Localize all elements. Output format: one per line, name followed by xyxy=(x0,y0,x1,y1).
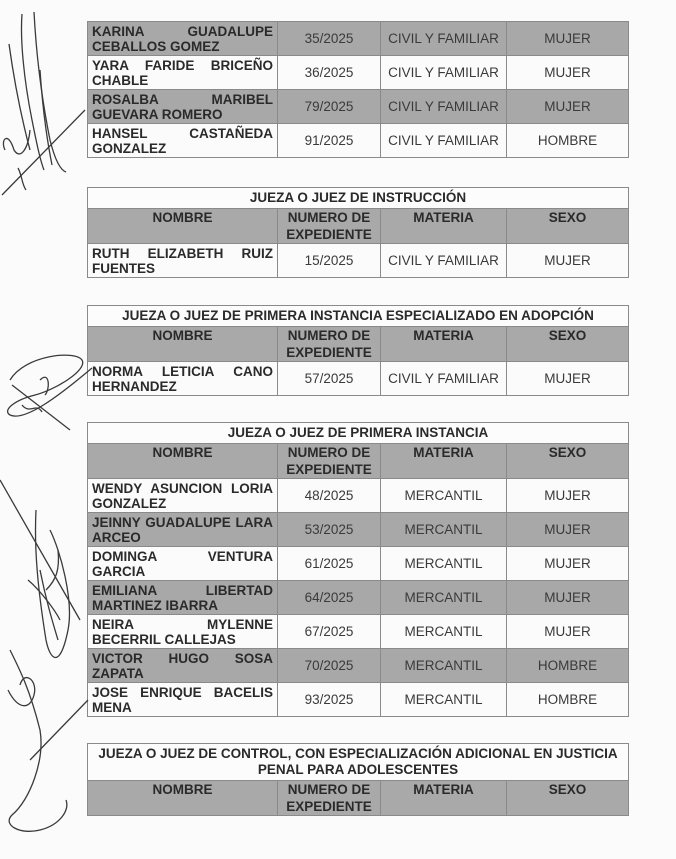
column-header-sexo: SEXO xyxy=(507,781,629,816)
cell-sexo: HOMBRE xyxy=(507,683,629,717)
cell-materia: MERCANTIL xyxy=(381,615,507,649)
table-row: JOSE ENRIQUE BACELIS MENA93/2025MERCANTI… xyxy=(88,683,629,717)
table-row: VICTOR HUGO SOSA ZAPATA70/2025MERCANTILH… xyxy=(88,649,629,683)
column-header-expediente: NUMERO DE EXPEDIENTE xyxy=(278,781,381,816)
cell-materia: MERCANTIL xyxy=(381,581,507,615)
column-header-expediente: NUMERO DE EXPEDIENTE xyxy=(278,209,381,244)
cell-nombre: YARA FARIDE BRICEÑO CHABLE xyxy=(88,56,278,90)
cell-materia: CIVIL Y FAMILIAR xyxy=(381,124,507,158)
cell-materia: MERCANTIL xyxy=(381,683,507,717)
section-title: JUEZA O JUEZ DE CONTROL, CON ESPECIALIZA… xyxy=(88,744,629,781)
cell-materia: CIVIL Y FAMILIAR xyxy=(381,56,507,90)
cell-nombre: KARINA GUADALUPE CEBALLOS GOMEZ xyxy=(88,22,278,56)
cell-expediente: 79/2025 xyxy=(278,90,381,124)
column-header-materia: MATERIA xyxy=(381,781,507,816)
cell-expediente: 67/2025 xyxy=(278,615,381,649)
table-row: HANSEL CASTAÑEDA GONZALEZ91/2025CIVIL Y … xyxy=(88,124,629,158)
cell-materia: CIVIL Y FAMILIAR xyxy=(381,362,507,396)
table-row: JEINNY GUADALUPE LARA ARCEO53/2025MERCAN… xyxy=(88,513,629,547)
cell-nombre: DOMINGA VENTURA GARCIA xyxy=(88,547,278,581)
cell-sexo: MUJER xyxy=(507,244,629,278)
cell-sexo: MUJER xyxy=(507,22,629,56)
cell-sexo: MUJER xyxy=(507,513,629,547)
table-row: WENDY ASUNCION LORIA GONZALEZ48/2025MERC… xyxy=(88,479,629,513)
cell-sexo: MUJER xyxy=(507,581,629,615)
cell-nombre: HANSEL CASTAÑEDA GONZALEZ xyxy=(88,124,278,158)
cell-nombre: JOSE ENRIQUE BACELIS MENA xyxy=(88,683,278,717)
cell-nombre: ROSALBA MARIBEL GUEVARA ROMERO xyxy=(88,90,278,124)
cell-expediente: 61/2025 xyxy=(278,547,381,581)
cell-expediente: 70/2025 xyxy=(278,649,381,683)
cell-expediente: 64/2025 xyxy=(278,581,381,615)
cell-nombre: NEIRA MYLENNE BECERRIL CALLEJAS xyxy=(88,615,278,649)
cell-sexo: MUJER xyxy=(507,615,629,649)
signature-3-icon xyxy=(0,470,95,850)
cell-materia: MERCANTIL xyxy=(381,479,507,513)
header-row: NOMBRENUMERO DE EXPEDIENTEMATERIASEXO xyxy=(88,781,629,816)
cell-sexo: MUJER xyxy=(507,479,629,513)
section-title-row: JUEZA O JUEZ DE PRIMERA INSTANCIA ESPECI… xyxy=(88,306,629,327)
cell-materia: CIVIL Y FAMILIAR xyxy=(381,90,507,124)
header-row: NOMBRENUMERO DE EXPEDIENTEMATERIASEXO xyxy=(88,444,629,479)
cell-sexo: MUJER xyxy=(507,547,629,581)
cell-expediente: 36/2025 xyxy=(278,56,381,90)
column-header-expediente: NUMERO DE EXPEDIENTE xyxy=(278,444,381,479)
cell-nombre: RUTH ELIZABETH RUIZ FUENTES xyxy=(88,244,278,278)
column-header-nombre: NOMBRE xyxy=(88,209,278,244)
column-header-sexo: SEXO xyxy=(507,209,629,244)
table-row: RUTH ELIZABETH RUIZ FUENTES15/2025CIVIL … xyxy=(88,244,629,278)
cell-materia: MERCANTIL xyxy=(381,547,507,581)
section-title-row: JUEZA O JUEZ DE INSTRUCCIÓN xyxy=(88,188,629,209)
section-title: JUEZA O JUEZ DE PRIMERA INSTANCIA xyxy=(88,423,629,444)
table-row: ROSALBA MARIBEL GUEVARA ROMERO79/2025CIV… xyxy=(88,90,629,124)
table-continuation: KARINA GUADALUPE CEBALLOS GOMEZ35/2025CI… xyxy=(87,21,629,158)
table-jueza-adopcion: JUEZA O JUEZ DE PRIMERA INSTANCIA ESPECI… xyxy=(87,305,629,396)
table-jueza-control-adolescentes: JUEZA O JUEZ DE CONTROL, CON ESPECIALIZA… xyxy=(87,743,629,816)
cell-materia: MERCANTIL xyxy=(381,513,507,547)
header-row: NOMBRENUMERO DE EXPEDIENTEMATERIASEXO xyxy=(88,209,629,244)
column-header-nombre: NOMBRE xyxy=(88,327,278,362)
column-header-materia: MATERIA xyxy=(381,327,507,362)
cell-sexo: HOMBRE xyxy=(507,124,629,158)
section-title-row: JUEZA O JUEZ DE CONTROL, CON ESPECIALIZA… xyxy=(88,744,629,781)
section-title: JUEZA O JUEZ DE PRIMERA INSTANCIA ESPECI… xyxy=(88,306,629,327)
cell-expediente: 57/2025 xyxy=(278,362,381,396)
cell-nombre: EMILIANA LIBERTAD MARTINEZ IBARRA xyxy=(88,581,278,615)
cell-nombre: JEINNY GUADALUPE LARA ARCEO xyxy=(88,513,278,547)
cell-sexo: MUJER xyxy=(507,56,629,90)
column-header-expediente: NUMERO DE EXPEDIENTE xyxy=(278,327,381,362)
signature-2-icon xyxy=(0,340,95,440)
cell-expediente: 35/2025 xyxy=(278,22,381,56)
column-header-sexo: SEXO xyxy=(507,444,629,479)
table-row: KARINA GUADALUPE CEBALLOS GOMEZ35/2025CI… xyxy=(88,22,629,56)
cell-sexo: MUJER xyxy=(507,90,629,124)
column-header-nombre: NOMBRE xyxy=(88,781,278,816)
section-title-row: JUEZA O JUEZ DE PRIMERA INSTANCIA xyxy=(88,423,629,444)
column-header-materia: MATERIA xyxy=(381,444,507,479)
cell-expediente: 15/2025 xyxy=(278,244,381,278)
cell-sexo: HOMBRE xyxy=(507,649,629,683)
table-row: NORMA LETICIA CANO HERNANDEZ57/2025CIVIL… xyxy=(88,362,629,396)
cell-nombre: NORMA LETICIA CANO HERNANDEZ xyxy=(88,362,278,396)
column-header-sexo: SEXO xyxy=(507,327,629,362)
table-jueza-primera-instancia: JUEZA O JUEZ DE PRIMERA INSTANCIANOMBREN… xyxy=(87,422,629,717)
cell-nombre: WENDY ASUNCION LORIA GONZALEZ xyxy=(88,479,278,513)
cell-materia: MERCANTIL xyxy=(381,649,507,683)
cell-expediente: 93/2025 xyxy=(278,683,381,717)
section-title: JUEZA O JUEZ DE INSTRUCCIÓN xyxy=(88,188,629,209)
table-row: YARA FARIDE BRICEÑO CHABLE36/2025CIVIL Y… xyxy=(88,56,629,90)
cell-expediente: 48/2025 xyxy=(278,479,381,513)
cell-sexo: MUJER xyxy=(507,362,629,396)
cell-expediente: 53/2025 xyxy=(278,513,381,547)
cell-materia: CIVIL Y FAMILIAR xyxy=(381,244,507,278)
cell-nombre: VICTOR HUGO SOSA ZAPATA xyxy=(88,649,278,683)
cell-expediente: 91/2025 xyxy=(278,124,381,158)
table-row: NEIRA MYLENNE BECERRIL CALLEJAS67/2025ME… xyxy=(88,615,629,649)
column-header-materia: MATERIA xyxy=(381,209,507,244)
signature-1-icon xyxy=(0,0,95,200)
table-jueza-instruccion: JUEZA O JUEZ DE INSTRUCCIÓNNOMBRENUMERO … xyxy=(87,187,629,278)
table-row: EMILIANA LIBERTAD MARTINEZ IBARRA64/2025… xyxy=(88,581,629,615)
header-row: NOMBRENUMERO DE EXPEDIENTEMATERIASEXO xyxy=(88,327,629,362)
cell-materia: CIVIL Y FAMILIAR xyxy=(381,22,507,56)
table-row: DOMINGA VENTURA GARCIA61/2025MERCANTILMU… xyxy=(88,547,629,581)
column-header-nombre: NOMBRE xyxy=(88,444,278,479)
